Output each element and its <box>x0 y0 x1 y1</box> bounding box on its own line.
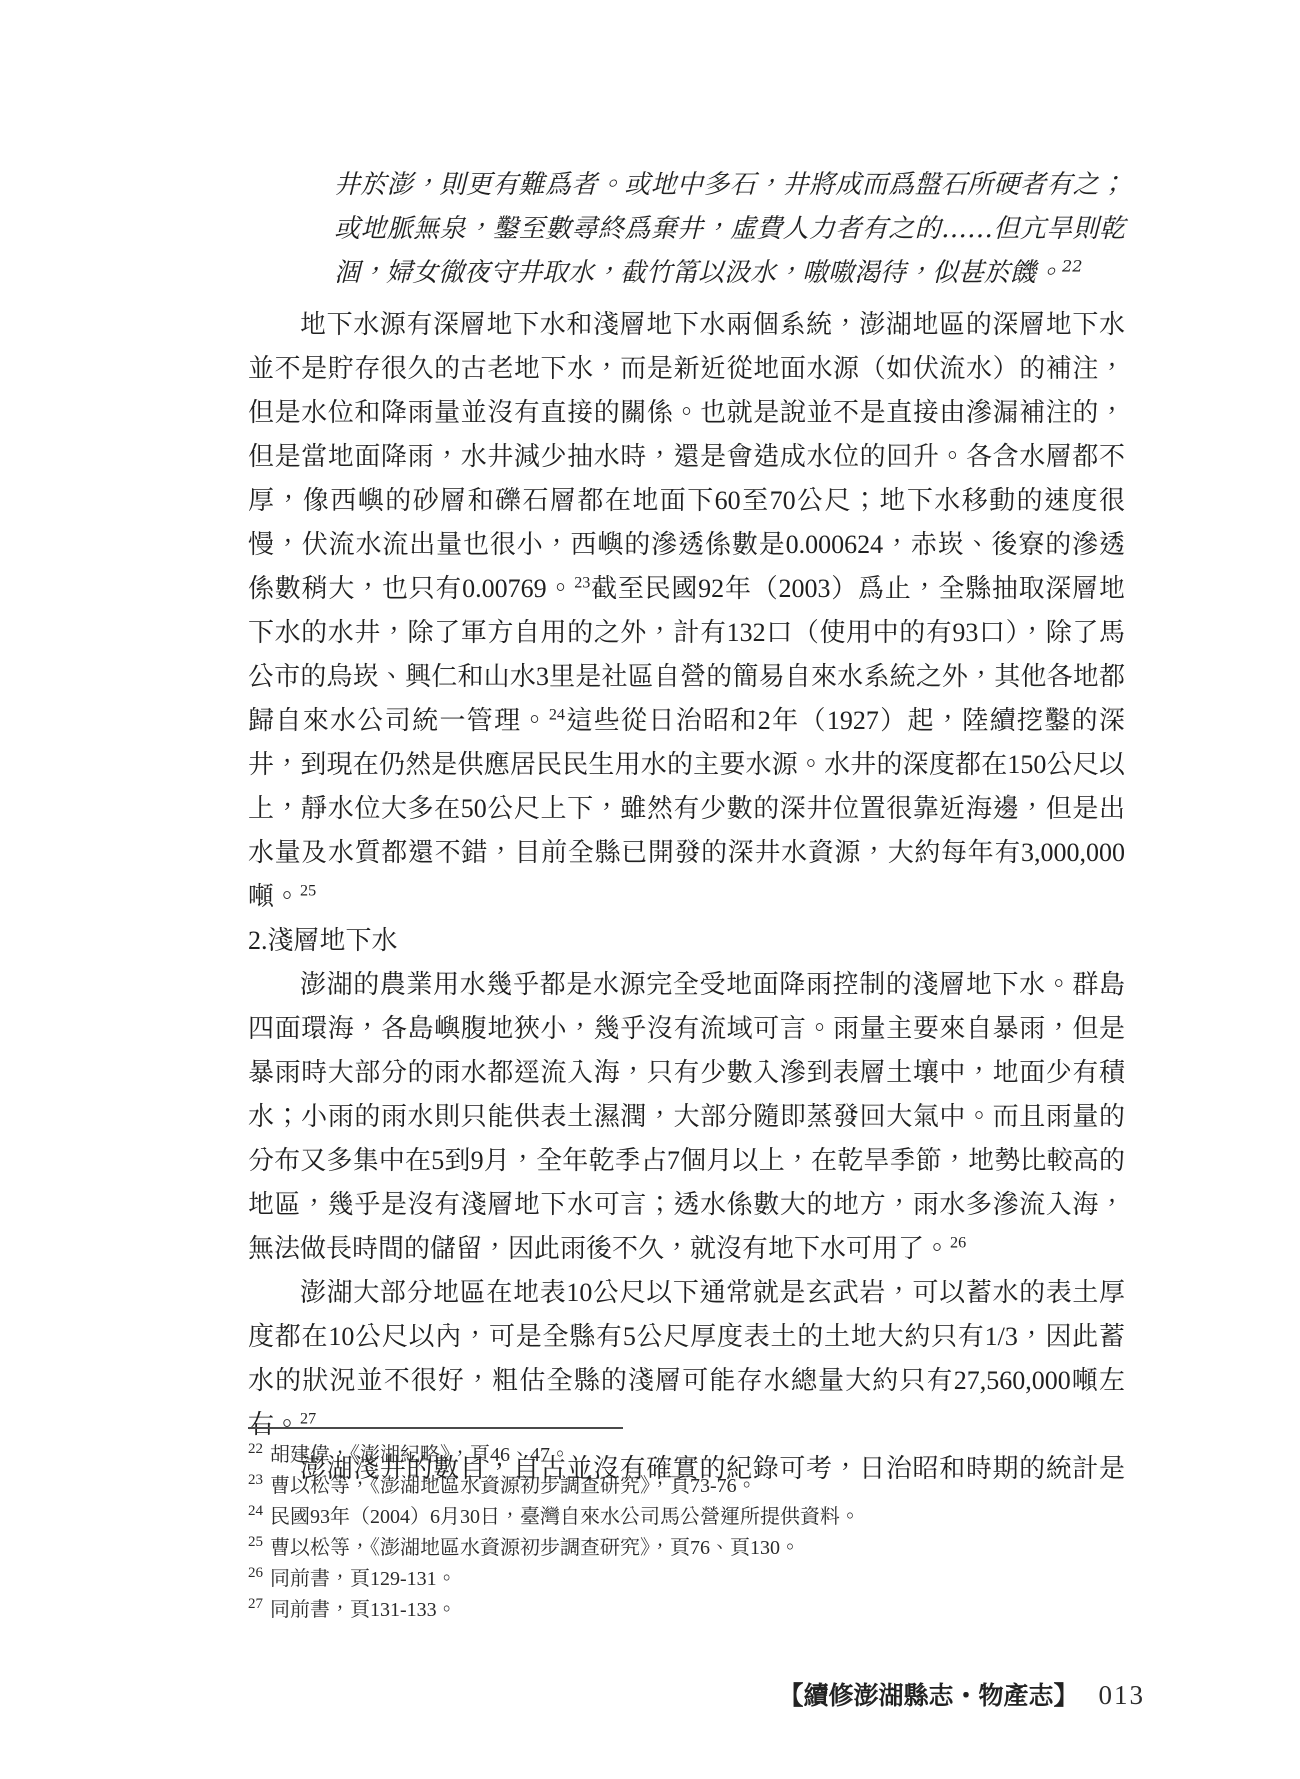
footnote-ref-27: 27 <box>300 1410 316 1427</box>
footnotes: 22胡建偉，《澎湖紀略》，頁46、47。23曹以松等，《澎湖地區水資源初步調查研… <box>248 1440 1125 1626</box>
footnote-23: 23曹以松等，《澎湖地區水資源初步調查研究》，頁73-76。 <box>248 1471 1125 1502</box>
footnote-24: 24民國93年（2004）6月30日，臺灣自來水公司馬公營運所提供資料。 <box>248 1502 1125 1533</box>
footnote-separator <box>248 1427 623 1429</box>
footnote-25: 25曹以松等，《澎湖地區水資源初步調查研究》，頁76、頁130。 <box>248 1533 1125 1564</box>
page-footer: 【續修澎湖縣志・物產志】013 <box>778 1678 1145 1714</box>
footnote-text: 同前書，頁129-131。 <box>270 1568 457 1590</box>
heading-shallow-groundwater: 2.淺層地下水 <box>248 919 1125 963</box>
footnote-text: 同前書，頁131-133。 <box>270 1599 457 1621</box>
footnote-number: 22 <box>248 1441 263 1457</box>
para-shallow-groundwater: 澎湖的農業用水幾乎都是水源完全受地面降雨控制的淺層地下水。群島四面環海，各島嶼腹… <box>248 963 1125 1271</box>
quote-text: 井於澎，則更有難爲者。或地中多石，井將成而爲盤石所硬者有之；或地脈無泉，鑿至數尋… <box>334 170 1125 288</box>
block-quote: 井於澎，則更有難爲者。或地中多石，井將成而爲盤石所硬者有之；或地脈無泉，鑿至數尋… <box>334 163 1125 295</box>
footnote-text: 胡建偉，《澎湖紀略》，頁46、47。 <box>270 1444 570 1466</box>
footnote-26: 26同前書，頁129-131。 <box>248 1564 1125 1595</box>
page-number: 013 <box>1099 1680 1146 1710</box>
body-text: 地下水源有深層地下水和淺層地下水兩個系統，澎湖地區的深層地下水並不是貯存很久的古… <box>248 303 1125 1491</box>
footnote-number: 26 <box>248 1565 263 1581</box>
footnote-text: 曹以松等，《澎湖地區水資源初步調查研究》，頁73-76。 <box>270 1475 757 1497</box>
footnote-number: 23 <box>248 1472 263 1488</box>
para-deep-groundwater: 地下水源有深層地下水和淺層地下水兩個系統，澎湖地區的深層地下水並不是貯存很久的古… <box>248 303 1125 919</box>
footnote-ref-22: 22 <box>1062 256 1083 275</box>
text-column: 井於澎，則更有難爲者。或地中多石，井將成而爲盤石所硬者有之；或地脈無泉，鑿至數尋… <box>248 163 1125 1491</box>
footnote-22: 22胡建偉，《澎湖紀略》，頁46、47。 <box>248 1440 1125 1471</box>
footnote-text: 曹以松等，《澎湖地區水資源初步調查研究》，頁76、頁130。 <box>270 1537 800 1559</box>
book-title: 【續修澎湖縣志・物產志】 <box>778 1683 1078 1710</box>
footnote-number: 25 <box>248 1534 263 1550</box>
footnote-ref-24: 24 <box>549 706 565 723</box>
footnote-number: 27 <box>248 1596 263 1612</box>
footnote-27: 27同前書，頁131-133。 <box>248 1595 1125 1626</box>
footnote-ref-26: 26 <box>950 1234 966 1251</box>
footnote-number: 24 <box>248 1503 263 1519</box>
footnote-text: 民國93年（2004）6月30日，臺灣自來水公司馬公營運所提供資料。 <box>270 1506 860 1528</box>
footnote-ref-23: 23 <box>574 574 590 591</box>
para-basalt-storage: 澎湖大部分地區在地表10公尺以下通常就是玄武岩，可以蓄水的表土厚度都在10公尺以… <box>248 1271 1125 1447</box>
footnote-ref-25: 25 <box>300 882 316 899</box>
book-page: 井於澎，則更有難爲者。或地中多石，井將成而爲盤石所硬者有之；或地脈無泉，鑿至數尋… <box>0 0 1300 1779</box>
